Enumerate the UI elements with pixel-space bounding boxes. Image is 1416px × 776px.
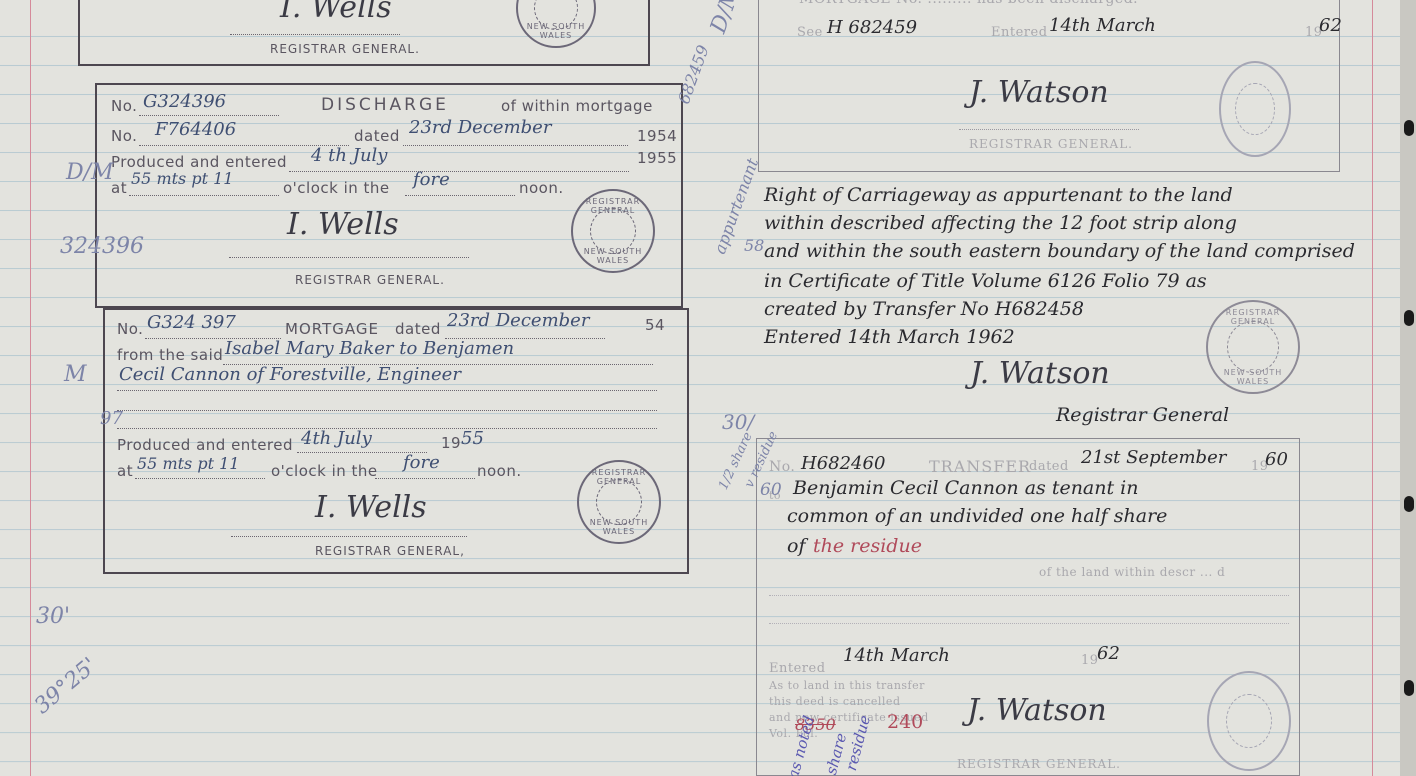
signature: J. Watson (969, 75, 1109, 110)
signature-line (959, 129, 1139, 130)
margin-note: M (64, 362, 87, 387)
dated-year: 54 (645, 316, 665, 334)
produced-date: 4th July (301, 428, 372, 449)
registrar-seal: REGISTRAR GENERALNEW SOUTH WALES (1206, 300, 1300, 394)
text-prefix: of (787, 535, 805, 557)
binding-edge (1400, 0, 1416, 776)
no-label: No. (769, 459, 795, 475)
produced-date: 4 th July (311, 145, 387, 166)
noon-label: noon. (519, 179, 564, 197)
mortgage-number: G324 397 (147, 312, 236, 333)
produced-year: 55 (461, 428, 484, 449)
time-value: 55 mts pt 11 (137, 454, 239, 473)
text-line: created by Transfer No H682458 (764, 298, 1084, 320)
mortgage-entry: No. G324 397 MORTGAGE dated 23rd Decembe… (103, 308, 689, 574)
produced-year: 1955 (637, 149, 677, 167)
produced-label: Produced and entered (117, 436, 293, 454)
oclock-label: o'clock in the (271, 462, 378, 480)
registrar-seal: NEW SOUTH WALES (516, 0, 596, 48)
text-line: within described affecting the 12 foot s… (764, 212, 1237, 234)
registrar-title: REGISTRAR GENERAL, (315, 544, 465, 558)
right-margin-rule (1372, 0, 1373, 776)
margin-note: 60 (760, 480, 782, 500)
see-label: See (797, 25, 823, 40)
noon-label: noon. (477, 462, 522, 480)
signature: I. Wells (280, 0, 392, 25)
signature: I. Wells (287, 207, 399, 242)
oclock-label: o'clock in the (283, 179, 390, 197)
line (769, 623, 1289, 624)
margin-note: 30' (36, 604, 70, 629)
transfer-entry: No. H682460 TRANSFER dated 21st Septembe… (756, 438, 1300, 776)
text-line: Right of Carriageway as appurtenant to t… (764, 184, 1233, 206)
signature-line (229, 257, 469, 258)
line (117, 390, 657, 391)
signature-line (230, 34, 400, 35)
signature: J. Watson (970, 356, 1110, 391)
margin-note: D/M (66, 160, 114, 185)
see-number: H 682459 (827, 17, 917, 38)
registrar-title: REGISTRAR GENERAL. (270, 42, 420, 56)
text-line: in Certificate of Title Volume 6126 Foli… (764, 270, 1207, 292)
margin-note: 97 (100, 408, 123, 429)
line (403, 145, 628, 146)
line (375, 478, 475, 479)
mortgage-no-label: No. (111, 127, 137, 145)
top-left-fragment-box: I. Wells REGISTRAR GENERAL. NEW SOUTH WA… (78, 0, 650, 66)
time-value: 55 mts pt 11 (131, 169, 233, 188)
register-page: I. Wells REGISTRAR GENERAL. NEW SOUTH WA… (0, 0, 1400, 776)
signature-line (231, 536, 467, 537)
heading-tail: of within mortgage (501, 97, 653, 115)
margin-note: 39°25' (30, 653, 102, 719)
at-label: at (117, 462, 133, 480)
margin-note: 682459 (674, 43, 713, 107)
year-prefix: 19 (1081, 653, 1099, 668)
line (129, 195, 279, 196)
mortgagee: Cecil Cannon of Forestville, Engineer (119, 364, 461, 385)
line (289, 171, 629, 172)
line (117, 410, 657, 411)
line (117, 428, 657, 429)
year-prefix: 19 (441, 434, 461, 452)
line (135, 478, 265, 479)
mortgage-number: F764406 (155, 119, 236, 140)
entered-label: Entered (991, 25, 1048, 40)
entered-year: 62 (1319, 15, 1342, 36)
binder-hole (1404, 496, 1414, 512)
registrar-title: Registrar General (1056, 404, 1229, 426)
signature: I. Wells (315, 490, 427, 525)
dated-label: dated (395, 320, 441, 338)
entered-year: 62 (1097, 643, 1120, 664)
noon-value: fore (403, 452, 440, 473)
line (405, 195, 515, 196)
noon-value: fore (413, 169, 450, 190)
discharged-note: MORTGAGE No. ......... has been discharg… (799, 0, 1138, 7)
margin-note: 30/ (722, 410, 754, 434)
dated-label: dated (1029, 459, 1069, 474)
text-line: Entered 14th March 1962 (764, 326, 1015, 348)
dated-value: 23rd December (447, 310, 589, 331)
binder-hole (1404, 310, 1414, 326)
parties: Isabel Mary Baker to Benjamen (225, 338, 514, 359)
top-right-fragment-box: MORTGAGE No. ......... has been discharg… (758, 0, 1340, 172)
registrar-seal (1207, 671, 1291, 771)
registrar-seal (1219, 61, 1291, 157)
registrar-title: REGISTRAR GENERAL. (969, 137, 1133, 151)
entry-heading: DISCHARGE (321, 95, 449, 115)
registrar-title: REGISTRAR GENERAL. (295, 273, 445, 287)
registrar-title: REGISTRAR GENERAL. (957, 757, 1121, 771)
text-line: and within the south eastern boundary of… (764, 240, 1355, 262)
no-label: No. (111, 97, 137, 115)
registrar-seal: REGISTRAR GENERALNEW SOUTH WALES (577, 460, 661, 544)
dated-value: 23rd December (409, 117, 551, 138)
dated-year: 60 (1265, 449, 1288, 470)
margin-note: 324396 (60, 234, 144, 259)
residue-note: the residue (813, 535, 922, 557)
entered-label: Entered (769, 661, 826, 676)
entered-date: 14th March (843, 645, 950, 666)
no-line (139, 115, 279, 116)
left-margin-rule (30, 0, 31, 776)
share-description: common of an undivided one half share (787, 505, 1167, 527)
faint-note: As to land in this transfer (769, 679, 925, 692)
transfer-number: H682460 (801, 453, 885, 474)
margin-note: D/M (706, 0, 746, 37)
dated-value: 21st September (1081, 447, 1226, 468)
discharge-entry: No. G324396 DISCHARGE of within mortgage… (95, 83, 683, 308)
transferee: Benjamin Cecil Cannon as tenant in (793, 477, 1139, 499)
entry-heading: MORTGAGE (285, 320, 379, 338)
dated-label: dated (354, 127, 400, 145)
from-label: from the said (117, 346, 223, 364)
discharge-number: G324396 (143, 91, 226, 112)
binder-hole (1404, 120, 1414, 136)
margin-note: 58 (744, 236, 764, 255)
signature: J. Watson (967, 693, 1107, 728)
registrar-seal: REGISTRAR GENERALNEW SOUTH WALES (571, 189, 655, 273)
dated-year: 1954 (637, 127, 677, 145)
no-label: No. (117, 320, 143, 338)
faint-form-text: of the land within descr ... d (1039, 565, 1225, 579)
entered-date: 14th March (1049, 15, 1156, 36)
folio-number: 240 (887, 711, 923, 733)
binder-hole (1404, 680, 1414, 696)
entry-heading: TRANSFER (929, 457, 1031, 476)
faint-note: this deed is cancelled (769, 695, 900, 708)
line (769, 595, 1289, 596)
